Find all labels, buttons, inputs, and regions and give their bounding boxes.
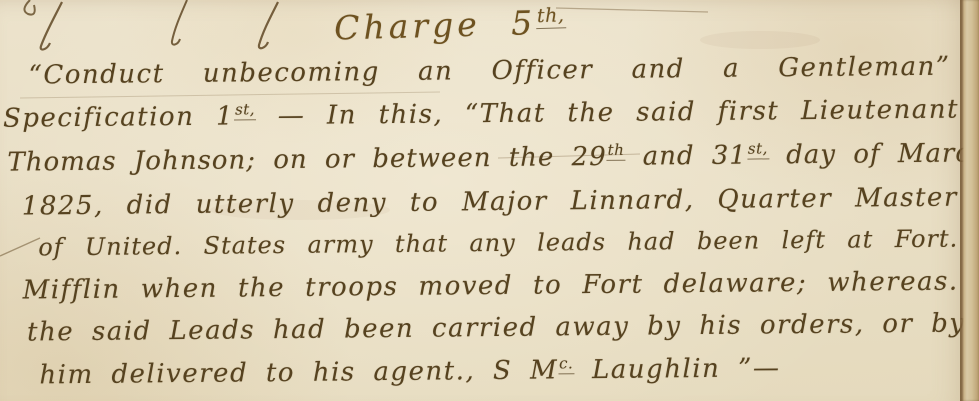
text-run: 1825, did utterly deny to Major Linnard,…	[22, 183, 958, 222]
text-run: Laughlin ”—	[574, 353, 780, 385]
specification-line: Specification 1st, — In this, “That the …	[3, 95, 959, 135]
charge-text-line: “Conduct unbecoming an Officer and a Gen…	[28, 52, 950, 92]
body-line: of United. States army that any leads ha…	[38, 225, 958, 263]
body-line: Thomas Johnson; on or between the 29th a…	[7, 139, 957, 179]
text-run: “Conduct unbecoming an Officer and a Gen…	[28, 52, 950, 91]
text-run: the said Leads had been carried away by …	[27, 308, 966, 347]
text-run: — In this, “That the said first Lieutena…	[256, 95, 959, 132]
text-run: of United. States army that any leads ha…	[38, 225, 958, 262]
superscript-ordinal: th,	[536, 4, 566, 29]
text-run: and 31	[625, 141, 747, 172]
text-run: him delivered to his agent., S M	[39, 355, 558, 390]
superscript-ordinal: st,	[747, 140, 769, 160]
charge-heading: Charge 5th,	[334, 2, 567, 48]
superscript-ordinal: st,	[234, 101, 256, 121]
text-run: Charge 5	[334, 3, 537, 47]
body-line: Mifflin when the troops moved to Fort de…	[23, 267, 959, 307]
page-edge-crease	[960, 0, 979, 401]
manuscript-text: Charge 5th,“Conduct unbecoming an Office…	[0, 0, 979, 401]
text-run: Mifflin when the troops moved to Fort de…	[23, 267, 959, 306]
body-line: him delivered to his agent., S Mc. Laugh…	[39, 353, 781, 391]
superscript-ordinal: th	[607, 141, 626, 161]
manuscript-page: Charge 5th,“Conduct unbecoming an Office…	[0, 0, 979, 401]
body-line: the said Leads had been carried away by …	[27, 309, 959, 349]
superscript-ordinal: c.	[558, 355, 574, 375]
text-run: Thomas Johnson; on or between the 29	[7, 142, 607, 178]
text-run: Specification 1	[3, 102, 234, 134]
body-line: 1825, did utterly deny to Major Linnard,…	[22, 183, 958, 223]
text-run: day of March	[769, 138, 979, 170]
